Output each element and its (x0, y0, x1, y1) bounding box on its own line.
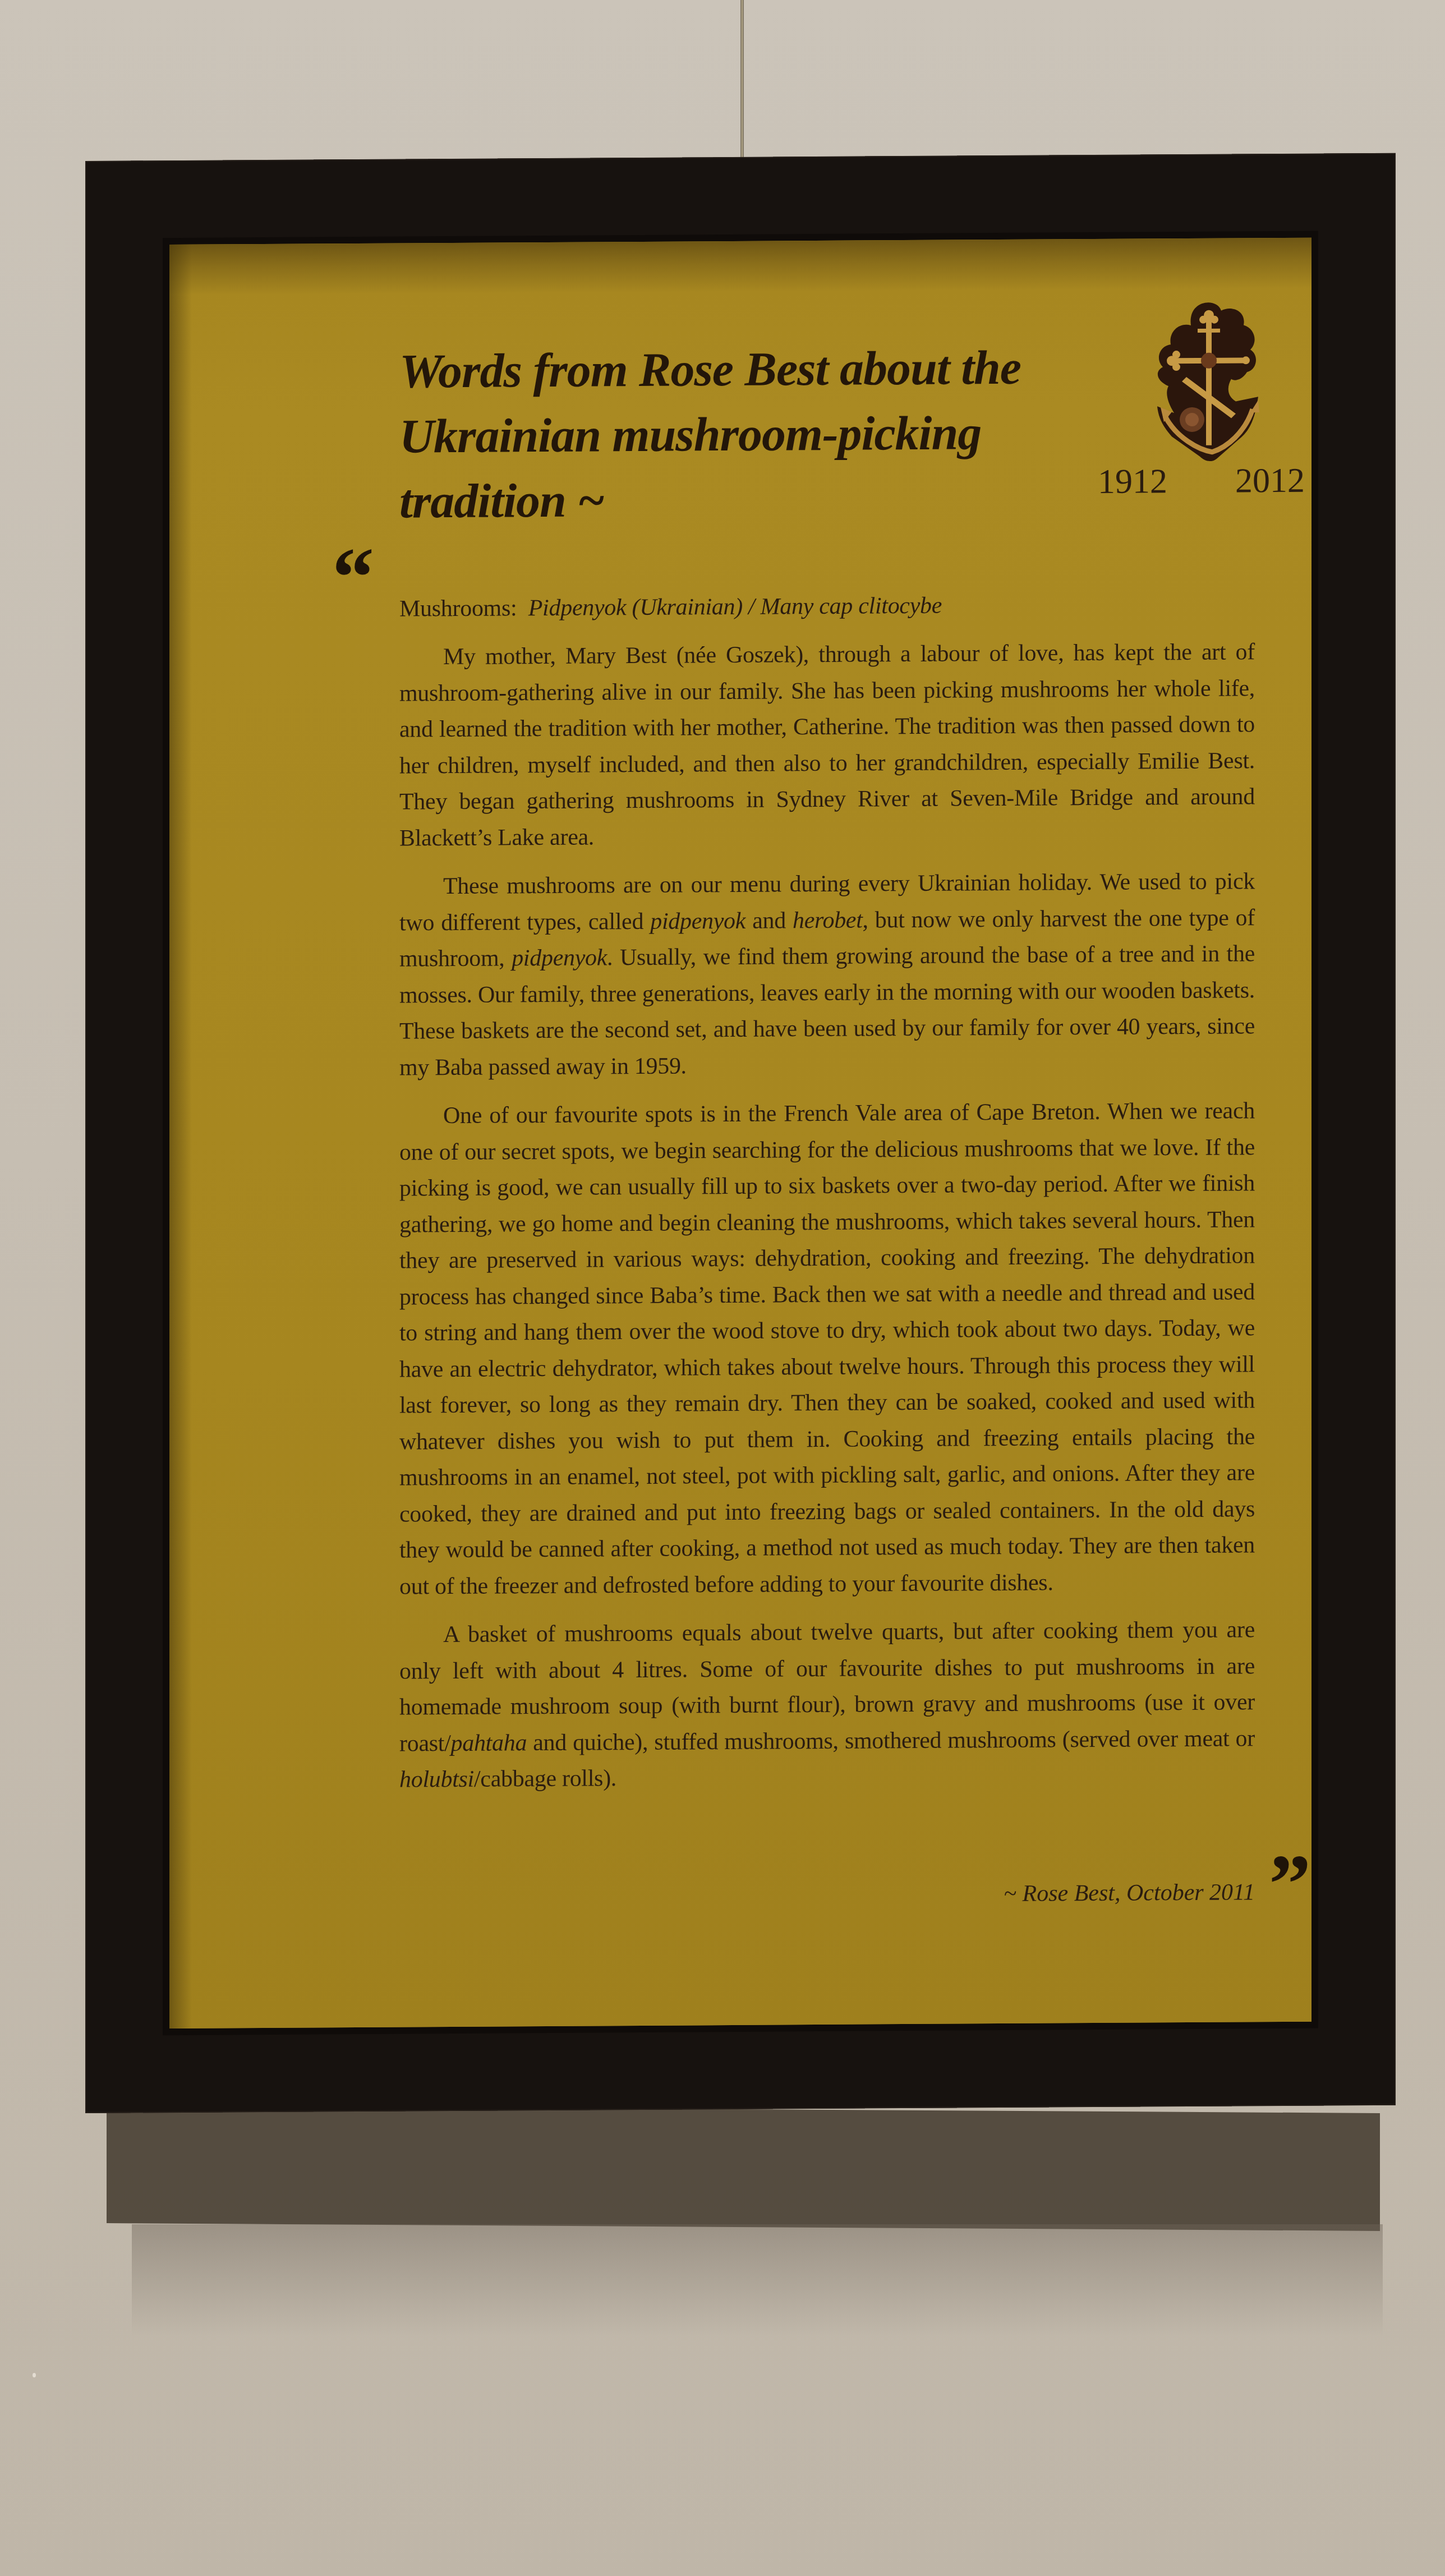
paragraph-1: My mother, Mary Best (née Goszek), throu… (399, 634, 1255, 856)
ukrainian-term: pidpenyok (650, 908, 745, 934)
paragraph-text: One of our favourite spots is in the Fre… (399, 1098, 1255, 1599)
ukrainian-term: pidpenyok (512, 945, 607, 971)
frame-shadow-soft (132, 2224, 1383, 2336)
signature: ~ Rose Best, October 2011 (399, 1879, 1255, 1911)
paragraph-4: A basket of mushrooms equals about twelv… (399, 1612, 1255, 1798)
quote-body: Mushrooms: Pidpenyok (Ukrainian) / Many … (399, 586, 1255, 1810)
mushroom-species: Pidpenyok (Ukrainian) / Many cap clitocy… (528, 593, 942, 622)
paragraph-3: One of our favourite spots is in the Fre… (399, 1093, 1255, 1604)
anchor-cross-emblem-icon (1143, 297, 1277, 466)
paragraph-2: These mushrooms are on our menu during e… (399, 863, 1255, 1085)
open-quote-mark: “ (332, 535, 374, 619)
panel-title: Words from Rose Best about the Ukrainian… (399, 334, 1073, 533)
picture-frame: Words from Rose Best about the Ukrainian… (85, 153, 1396, 2113)
paragraph-text: and quiche), stuffed mushrooms, smothere… (527, 1726, 1255, 1756)
ukrainian-term: holubtsi (399, 1767, 474, 1793)
paragraph-text: My mother, Mary Best (née Goszek), throu… (399, 639, 1255, 851)
title-line: Words from Rose Best about the (399, 341, 1021, 398)
close-quote-mark: ” (1269, 1842, 1311, 1926)
hanging-wire (740, 0, 744, 168)
ukrainian-term: pahtaha (451, 1730, 527, 1756)
paragraph-text: /cabbage rolls). (474, 1765, 616, 1792)
text-panel: Words from Rose Best about the Ukrainian… (169, 238, 1311, 2028)
wall-fleck (33, 2373, 36, 2377)
panel-content: Words from Rose Best about the Ukrainian… (169, 238, 1311, 2028)
paragraph-text: and (745, 908, 793, 934)
title-line: Ukrainian mushroom-picking (399, 406, 981, 463)
mushroom-names: Mushrooms: Pidpenyok (Ukrainian) / Many … (399, 586, 1255, 627)
frame-shadow (107, 2105, 1380, 2231)
ukrainian-term: herobet (793, 907, 863, 933)
emblem-year-end: 2012 (1235, 461, 1305, 502)
title-line: tradition ~ (399, 473, 604, 528)
emblem-year-start: 1912 (1098, 462, 1167, 502)
mushroom-label: Mushrooms: (399, 595, 517, 622)
